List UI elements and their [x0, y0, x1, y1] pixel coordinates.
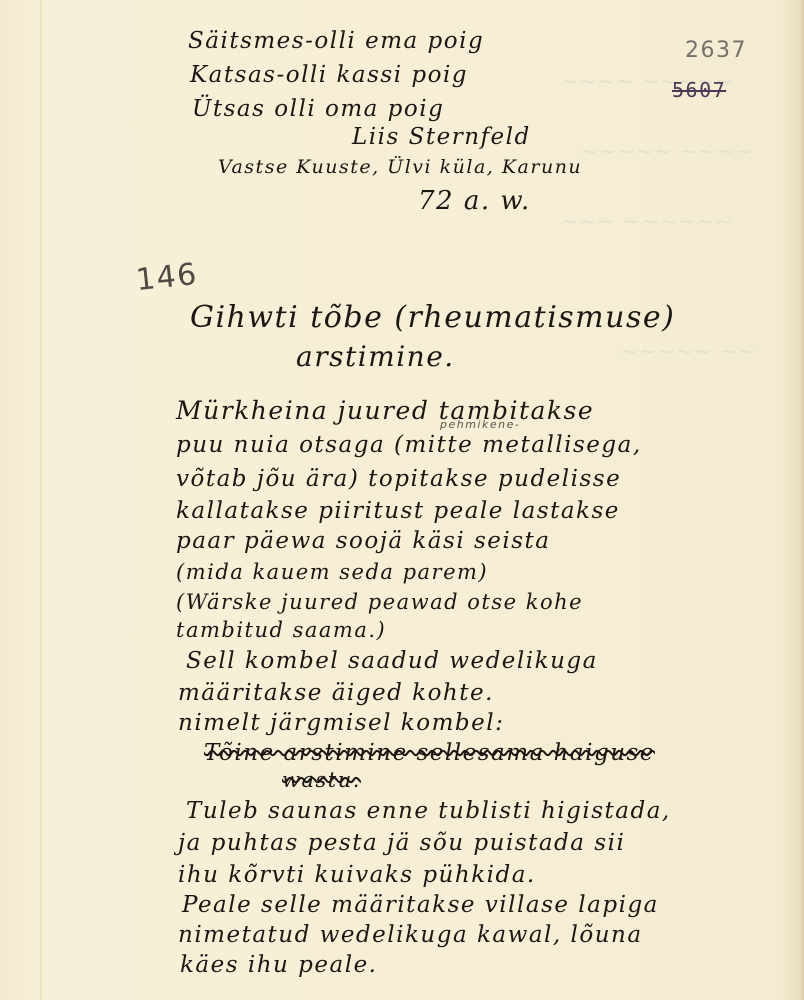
body-line: käes ihu peale. — [180, 952, 378, 978]
page-fold-line — [40, 0, 42, 1000]
body-line-struck: Tõine arstimine sellesama haiguse — [204, 740, 655, 766]
body-line: ihu kõrvti kuivaks pühkida. — [178, 862, 536, 888]
bleed-through-text: ~~~ ~~~~~~ — [560, 210, 733, 235]
body-line: nimelt järgmisel kombel: — [178, 710, 504, 736]
body-line: paar päewa soojä käsi seista — [176, 528, 551, 554]
bleed-through-text: ~~~~~ ~~ — [620, 340, 756, 365]
body-line-struck: wastu. — [282, 768, 361, 792]
body-line: (mida kauem seda parem) — [176, 560, 488, 584]
body-line: Tuleb saunas enne tublisti higistada, — [186, 798, 671, 824]
interlinear-insertion: pehmikene- — [440, 418, 520, 431]
informant-age: 72 a. w. — [418, 186, 531, 216]
manuscript-page: ~~~~ ~~~~~ ~~~~~ ~~~~ ~~~ ~~~~~~ ~~~~~ ~… — [0, 0, 804, 1000]
body-line: tambitud saama.) — [176, 618, 386, 642]
item-number: 146 — [134, 257, 199, 298]
bleed-through-text: ~~~~~ ~~~~ — [580, 140, 753, 165]
verse-line: Ütsas olli oma poig — [192, 96, 444, 122]
informant-place: Vastse Kuuste, Ülvi küla, Karunu — [218, 156, 582, 178]
heading-line: Gihwti tõbe (rheumatismuse) — [190, 300, 675, 335]
archive-number: 2637 — [685, 38, 747, 63]
body-line: ja puhtas pesta jä sõu puistada sii — [178, 830, 625, 856]
archive-number-struck: 5607 — [672, 78, 726, 102]
heading-line: arstimine. — [296, 340, 455, 373]
verse-line: Katsas-olli kassi poig — [190, 62, 468, 88]
body-line: (Wärske juured peawad otse kohe — [176, 590, 583, 614]
body-line: Peale selle määritakse villase lapiga — [182, 892, 659, 918]
body-line: kallatakse piiritust peale lastakse — [176, 498, 620, 524]
body-line: puu nuia otsaga (mitte metallisega, — [176, 432, 642, 458]
body-line: Mürkheina juured tambitakse — [176, 396, 594, 425]
body-line: nimetatud wedelikuga kawal, lõuna — [178, 922, 643, 948]
verse-line: Säitsmes-olli ema poig — [188, 28, 484, 54]
informant-name: Liis Sternfeld — [352, 124, 531, 150]
body-line: määritakse äiged kohte. — [178, 680, 494, 706]
body-line: võtab jõu ära) topitakse pudelisse — [176, 466, 621, 492]
body-line: Sell kombel saadud wedelikuga — [186, 648, 598, 674]
